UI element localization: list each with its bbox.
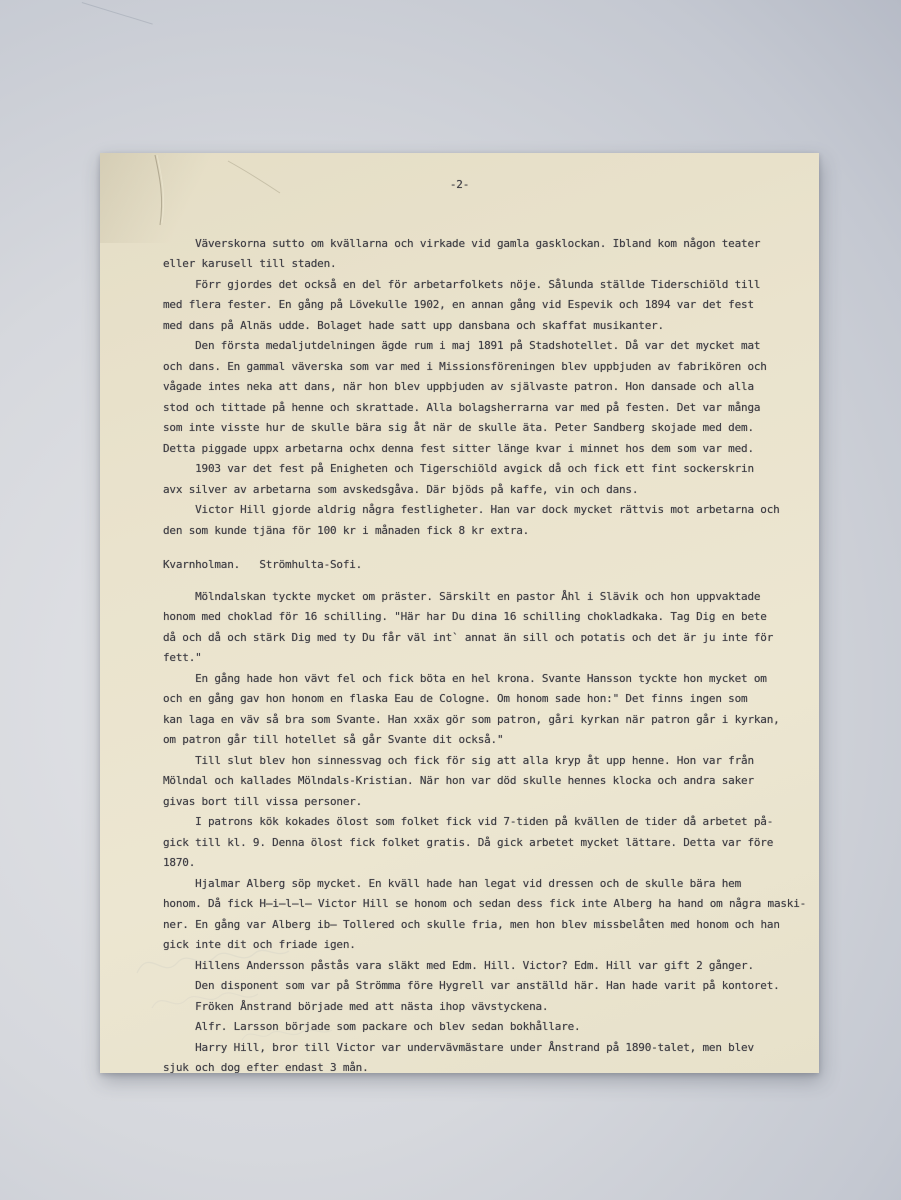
text-line: Victor Hill gjorde aldrig några festligh…: [163, 500, 799, 521]
text-line: givas bort till vissa personer.: [163, 792, 799, 813]
text-line: och en gång gav hon honom en flaska Eau …: [163, 689, 799, 710]
text-line: Väverskorna sutto om kvällarna och virka…: [163, 234, 799, 255]
text-line: I patrons kök kokades ölost som folket f…: [163, 812, 799, 833]
text-line: den som kunde tjäna för 100 kr i månaden…: [163, 521, 799, 542]
text-line: vågade intes neka att dans, när hon blev…: [163, 377, 799, 398]
text-line: med dans på Alnäs udde. Bolaget hade sat…: [163, 316, 799, 337]
text-line: Harry Hill, bror till Victor var undervä…: [163, 1038, 799, 1059]
paragraph: Hillens Andersson påstås vara släkt med …: [163, 956, 799, 977]
text-line: gick till kl. 9. Denna ölost fick folket…: [163, 833, 799, 854]
paragraph: Alfr. Larsson började som packare och bl…: [163, 1017, 799, 1038]
text-line: Fröken Ånstrand började med att nästa ih…: [163, 997, 799, 1018]
section-heading: Kvarnholman. Strömhulta-Sofi.: [163, 555, 799, 576]
text-line: Alfr. Larsson började som packare och bl…: [163, 1017, 799, 1038]
text-line: Kvarnholman. Strömhulta-Sofi.: [163, 555, 799, 576]
text-line: Förr gjordes det också en del för arbeta…: [163, 275, 799, 296]
text-line: Mölndal och kallades Mölndals-Kristian. …: [163, 771, 799, 792]
paragraph: Den första medaljutdelningen ägde rum i …: [163, 336, 799, 459]
text-line: eller karusell till staden.: [163, 254, 799, 275]
text-line: som inte visste hur de skulle bära sig å…: [163, 418, 799, 439]
paragraph: Victor Hill gjorde aldrig några festligh…: [163, 500, 799, 541]
paragraph: Harry Hill, bror till Victor var undervä…: [163, 1038, 799, 1074]
text-line: ner. En gång var Alberg ib̶ Tollered och…: [163, 915, 799, 936]
document-body: Väverskorna sutto om kvällarna och virka…: [100, 234, 819, 1074]
text-line: Detta piggade uppx arbetarna ochx denna …: [163, 439, 799, 460]
text-line: Mölndalskan tyckte mycket om präster. Sä…: [163, 587, 799, 608]
text-line: honom med choklad för 16 schilling. "Här…: [163, 607, 799, 628]
paragraph: I patrons kök kokades ölost som folket f…: [163, 812, 799, 874]
paragraph: Förr gjordes det också en del för arbeta…: [163, 275, 799, 337]
text-line: gick inte dit och friade igen.: [163, 935, 799, 956]
text-line: Den disponent som var på Strömma före Hy…: [163, 976, 799, 997]
paragraph: Mölndalskan tyckte mycket om präster. Sä…: [163, 587, 799, 669]
text-line: med flera fester. En gång på Lövekulle 1…: [163, 295, 799, 316]
paragraph: 1903 var det fest på Enigheten och Tiger…: [163, 459, 799, 500]
paragraph: Hjalmar Alberg söp mycket. En kväll hade…: [163, 874, 799, 956]
paper-fold-shading: [100, 153, 220, 243]
text-line: stod och tittade på henne och skrattade.…: [163, 398, 799, 419]
paragraph: En gång hade hon vävt fel och fick böta …: [163, 669, 799, 751]
photo-background: -2- Väverskorna sutto om kvällarna och v…: [0, 0, 901, 1200]
text-line: 1903 var det fest på Enigheten och Tiger…: [163, 459, 799, 480]
text-line: avx silver av arbetarna som avskedsgåva.…: [163, 480, 799, 501]
text-line: Den första medaljutdelningen ägde rum i …: [163, 336, 799, 357]
paragraph: Väverskorna sutto om kvällarna och virka…: [163, 234, 799, 275]
text-line: då och då och stärk Dig med ty Du får vä…: [163, 628, 799, 649]
paragraph: Den disponent som var på Strömma före Hy…: [163, 976, 799, 997]
text-line: Till slut blev hon sinnessvag och fick f…: [163, 751, 799, 772]
text-line: kan laga en väv så bra som Svante. Han x…: [163, 710, 799, 731]
paragraph: Till slut blev hon sinnessvag och fick f…: [163, 751, 799, 813]
paper-crease: [100, 153, 320, 243]
text-line: sjuk och dog efter endast 3 mån.: [163, 1058, 799, 1073]
paragraph: Fröken Ånstrand började med att nästa ih…: [163, 997, 799, 1018]
text-line: om patron går till hotellet så går Svant…: [163, 730, 799, 751]
text-line: honom. Då fick H̶i̶l̶l̶ Victor Hill se h…: [163, 894, 799, 915]
text-line: En gång hade hon vävt fel och fick böta …: [163, 669, 799, 690]
text-line: och dans. En gammal väverska som var med…: [163, 357, 799, 378]
text-line: Hillens Andersson påstås vara släkt med …: [163, 956, 799, 977]
text-line: Hjalmar Alberg söp mycket. En kväll hade…: [163, 874, 799, 895]
background-scratch: [82, 2, 153, 25]
text-line: 1870.: [163, 853, 799, 874]
page-number: -2-: [100, 175, 819, 196]
text-line: fett.": [163, 648, 799, 669]
document-page: -2- Väverskorna sutto om kvällarna och v…: [100, 153, 819, 1073]
